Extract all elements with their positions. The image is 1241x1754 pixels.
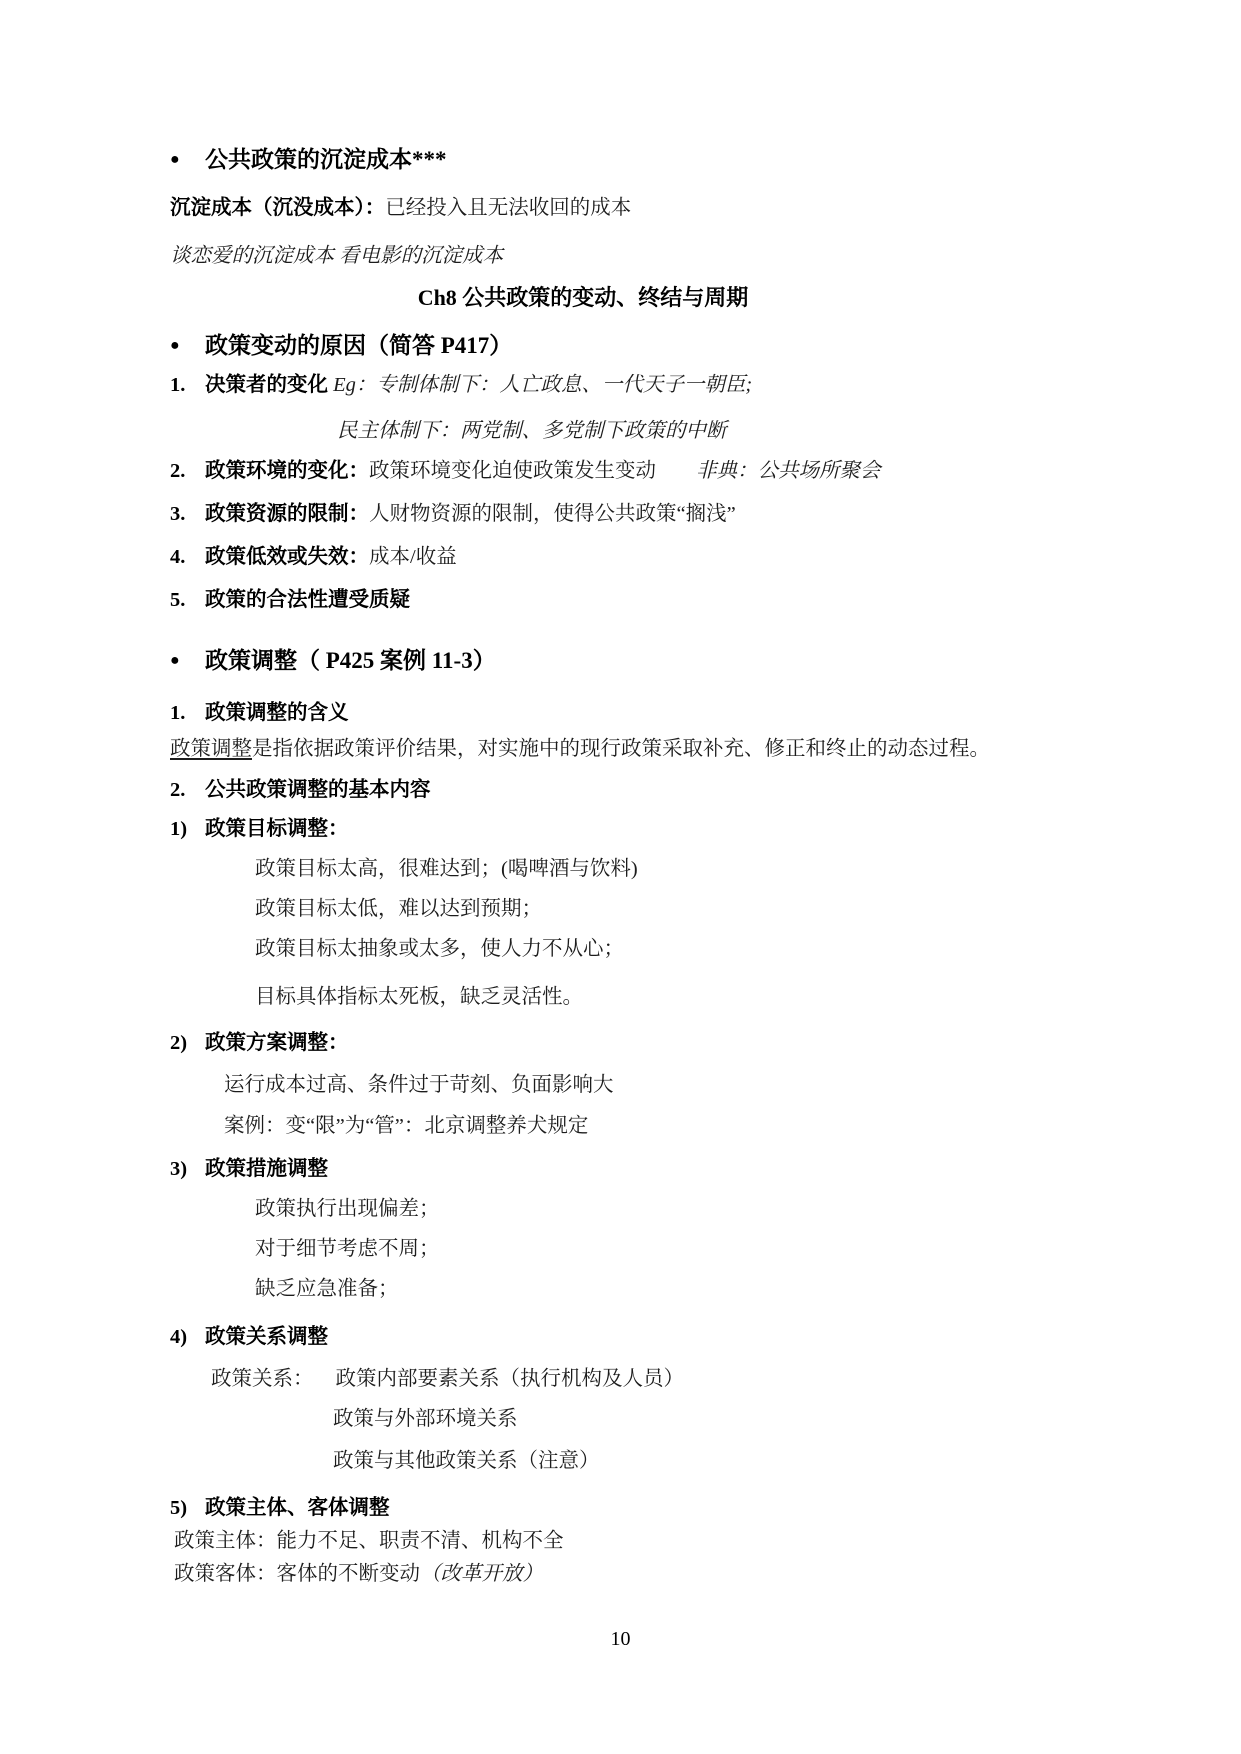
item-number: 5. — [170, 587, 205, 613]
item-label: 政策主体、客体调整 — [205, 1495, 390, 1521]
item-number: 3) — [170, 1156, 205, 1182]
item-body: 政策低效或失效：成本/收益 — [205, 544, 457, 570]
item-label: 政策调整的含义 — [205, 700, 349, 726]
section-heading-sunk-cost: ● 公共政策的沉淀成本*** — [170, 145, 1076, 175]
section-heading-text: 公共政策的沉淀成本*** — [205, 145, 447, 175]
page-number: 10 — [0, 1628, 1241, 1651]
relation-adjustment-line: 政策与外部环境关系 — [170, 1406, 1076, 1432]
group-heading-measure-adjustment: 3) 政策措施调整 — [170, 1156, 1076, 1182]
item-number: 4) — [170, 1324, 205, 1350]
item-number: 2. — [170, 777, 205, 803]
object-label: 政策客体： — [174, 1563, 277, 1585]
subitem-adjustment-meaning: 1. 政策调整的含义 — [170, 700, 1076, 726]
subject-text: 能力不足、职责不清、机构不全 — [277, 1530, 564, 1552]
item-eg: Eg： — [333, 374, 376, 396]
group-heading-goal-adjustment: 1) 政策目标调整： — [170, 816, 1076, 842]
object-note: （改革开放） — [420, 1563, 543, 1585]
group-heading-plan-adjustment: 2) 政策方案调整： — [170, 1030, 1076, 1056]
relation-adjustment-line: 政策关系：政策内部要素关系（执行机构及人员） — [170, 1366, 1076, 1392]
measure-adjustment-line: 对于细节考虑不周； — [170, 1236, 1076, 1262]
relation-adjustment-line: 政策与其他政策关系（注意） — [170, 1448, 1076, 1474]
plan-adjustment-line: 案例：变“限”为“管”：北京调整养犬规定 — [170, 1113, 1076, 1139]
item-number: 3. — [170, 501, 205, 527]
item-number: 4. — [170, 544, 205, 570]
item-body: 政策资源的限制：人财物资源的限制，使得公共政策“搁浅” — [205, 501, 736, 527]
goal-adjustment-line: 政策目标太高，很难达到；(喝啤酒与饮料) — [170, 856, 1076, 882]
list-item-decision-makers-continued: 民主体制下：两党制、多党制下政策的中断 — [170, 418, 1076, 444]
page-content: ● 公共政策的沉淀成本*** 沉淀成本（沉没成本）：已经投入且无法收回的成本 谈… — [170, 0, 1076, 1587]
goal-adjustment-line: 目标具体指标太死板，缺乏灵活性。 — [170, 984, 1076, 1010]
chapter-title: Ch8 公共政策的变动、终结与周期 — [170, 283, 996, 313]
item-number: 5) — [170, 1495, 205, 1521]
paragraph-text: 是指依据政策评价结果，对实施中的现行政策采取补充、修正和终止的动态过程。 — [252, 738, 990, 760]
item-body: 决策者的变化 Eg：专制体制下：人亡政息、一代天子一朝臣; — [205, 372, 752, 398]
section-heading-text: 政策调整（ P425 案例 11-3） — [205, 646, 496, 676]
item-label: 政策措施调整 — [205, 1156, 328, 1182]
relation-label: 政策关系： — [211, 1368, 314, 1390]
list-item-decision-makers: 1. 决策者的变化 Eg：专制体制下：人亡政息、一代天子一朝臣; — [170, 372, 1076, 398]
item-number: 2. — [170, 458, 205, 484]
item-text: 政策环境变化迫使政策发生变动 — [369, 460, 656, 482]
adjustment-definition-paragraph: 政策调整是指依据政策评价结果，对实施中的现行政策采取补充、修正和终止的动态过程。 — [170, 736, 1076, 762]
definition-label: 沉淀成本（沉没成本）： — [170, 197, 385, 219]
measure-adjustment-line: 政策执行出现偏差； — [170, 1196, 1076, 1222]
item-number: 2) — [170, 1030, 205, 1056]
item-number: 1. — [170, 372, 205, 398]
list-item-policy-inefficiency: 4. 政策低效或失效：成本/收益 — [170, 544, 1076, 570]
sunk-cost-definition: 沉淀成本（沉没成本）：已经投入且无法收回的成本 — [170, 195, 1076, 221]
underlined-term: 政策调整 — [170, 738, 252, 760]
item-number: 1) — [170, 816, 205, 842]
item-body: 政策环境的变化：政策环境变化迫使政策发生变动非典：公共场所聚会 — [205, 458, 881, 484]
goal-adjustment-line: 政策目标太抽象或太多，使人力不从心； — [170, 936, 1076, 962]
item-label: 决策者的变化 — [205, 374, 333, 396]
measure-adjustment-line: 缺乏应急准备； — [170, 1276, 1076, 1302]
goal-adjustment-line: 政策目标太低，难以达到预期； — [170, 896, 1076, 922]
list-item-policy-legitimacy: 5. 政策的合法性遭受质疑 — [170, 587, 1076, 613]
item-text: 成本/收益 — [369, 546, 457, 568]
item-label: 政策环境的变化： — [205, 460, 369, 482]
item-label: 政策的合法性遭受质疑 — [205, 587, 410, 613]
group-heading-relation-adjustment: 4) 政策关系调整 — [170, 1324, 1076, 1350]
subitem-adjustment-content: 2. 公共政策调整的基本内容 — [170, 777, 1076, 803]
document-page: ● 公共政策的沉淀成本*** 沉淀成本（沉没成本）：已经投入且无法收回的成本 谈… — [0, 0, 1241, 1754]
section-heading-change-reasons: ● 政策变动的原因（简答 P417） — [170, 331, 1076, 361]
item-label: 公共政策调整的基本内容 — [205, 777, 431, 803]
policy-object-line: 政策客体：客体的不断变动（改革开放） — [170, 1561, 1076, 1587]
object-text: 客体的不断变动 — [277, 1563, 421, 1585]
item-text: 专制体制下：人亡政息、一代天子一朝臣; — [376, 374, 752, 396]
list-item-policy-environment: 2. 政策环境的变化：政策环境变化迫使政策发生变动非典：公共场所聚会 — [170, 458, 1076, 484]
sunk-cost-note: 谈恋爱的沉淀成本 看电影的沉淀成本 — [170, 243, 1076, 269]
section-heading-text: 政策变动的原因（简答 P417） — [205, 331, 512, 361]
list-item-policy-resources: 3. 政策资源的限制：人财物资源的限制，使得公共政策“搁浅” — [170, 501, 1076, 527]
bullet-icon: ● — [170, 145, 205, 175]
bullet-icon: ● — [170, 646, 205, 676]
policy-subject-line: 政策主体：能力不足、职责不清、机构不全 — [170, 1528, 1076, 1554]
plan-adjustment-line: 运行成本过高、条件过于苛刻、负面影响大 — [170, 1072, 1076, 1098]
group-heading-subject-object-adjustment: 5) 政策主体、客体调整 — [170, 1495, 1076, 1521]
item-label: 政策方案调整： — [205, 1030, 349, 1056]
item-label: 政策资源的限制： — [205, 503, 369, 525]
definition-text: 已经投入且无法收回的成本 — [385, 197, 631, 219]
item-aside: 非典：公共场所聚会 — [696, 460, 881, 482]
item-text: 人财物资源的限制，使得公共政策“搁浅” — [369, 503, 736, 525]
item-label: 政策关系调整 — [205, 1324, 328, 1350]
subject-label: 政策主体： — [174, 1530, 277, 1552]
section-heading-policy-adjustment: ● 政策调整（ P425 案例 11-3） — [170, 646, 1076, 676]
item-number: 1. — [170, 700, 205, 726]
item-label: 政策目标调整： — [205, 816, 349, 842]
item-label: 政策低效或失效： — [205, 546, 369, 568]
relation-text: 政策内部要素关系（执行机构及人员） — [336, 1368, 685, 1390]
bullet-icon: ● — [170, 331, 205, 361]
